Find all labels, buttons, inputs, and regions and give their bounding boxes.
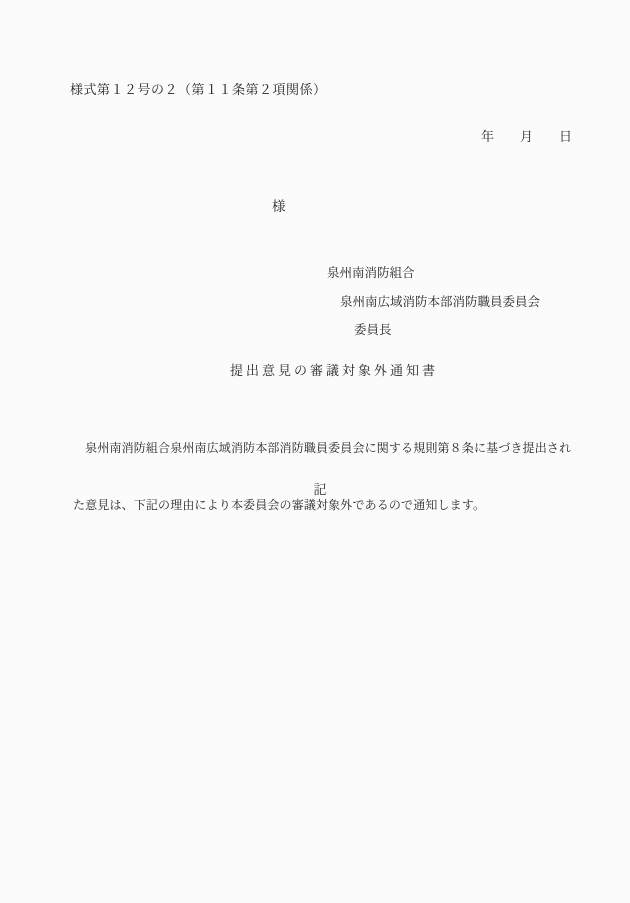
addressee-honorific: 様 bbox=[272, 199, 286, 215]
sender-committee: 泉州南広域消防本部消防職員委員会 bbox=[340, 294, 540, 309]
sender-position: 委員長 bbox=[354, 322, 392, 337]
sender-organization: 泉州南消防組合 bbox=[327, 265, 415, 280]
document-title: 提出意見の審議対象外通知書 bbox=[230, 364, 438, 380]
form-number-line: 様式第１２号の２（第１１条第２項関係） bbox=[70, 83, 327, 99]
date-line: 年 月 日 bbox=[481, 130, 572, 146]
body-line-1: 泉州南消防組合泉州南広域消防本部消防職員委員会に関する規則第８条に基づき提出され bbox=[73, 434, 573, 462]
record-marker: 記 bbox=[73, 483, 567, 499]
body-paragraph: 泉州南消防組合泉州南広域消防本部消防職員委員会に関する規則第８条に基づき提出され… bbox=[73, 405, 573, 547]
document-page: 様式第１２号の２（第１１条第２項関係） 年 月 日 様 泉州南消防組合 泉州南広… bbox=[0, 0, 630, 903]
